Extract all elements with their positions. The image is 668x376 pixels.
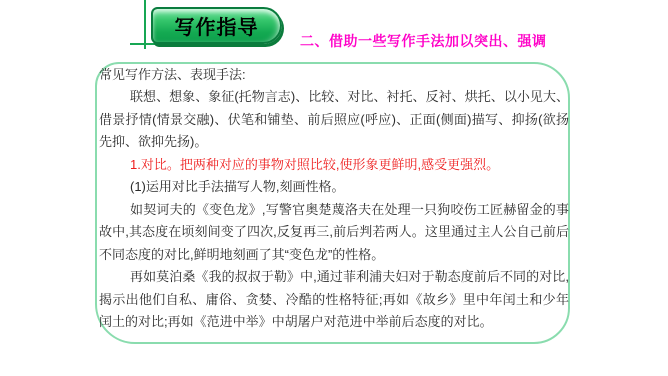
content-paragraph: 再如莫泊桑《我的叔叔于勒》中,通过菲利浦夫妇对于勒态度前后不同的对比,揭示出他们… [99, 266, 569, 333]
content-paragraph: (1)运用对比手法描写人物,刻画性格。 [99, 176, 569, 198]
content-heading: 常见写作方法、表现手法: [99, 64, 569, 86]
content-text: 常见写作方法、表现手法: 联想、想象、象征(托物言志)、比较、对比、衬托、反衬、… [99, 64, 569, 333]
title-badge-label: 写作指导 [175, 11, 259, 40]
slide-subtitle: 二、借助一些写作手法加以突出、强调 [300, 31, 547, 51]
slide: 写作指导 二、借助一些写作手法加以突出、强调 常见写作方法、表现手法: 联想、想… [0, 0, 668, 376]
title-badge: 写作指导 [151, 7, 282, 44]
content-paragraph: 联想、想象、象征(托物言志)、比较、对比、衬托、反衬、烘托、以小见大、借景抒情(… [99, 86, 569, 153]
content-paragraph-highlight: 1.对比。把两种对应的事物对照比较,使形象更鲜明,感受更强烈。 [99, 154, 569, 176]
vertical-accent-line [144, 0, 146, 49]
content-paragraph: 如契诃夫的《变色龙》,写警官奥楚蔑洛夫在处理一只狗咬伤工匠赫留金的事故中,其态度… [99, 199, 569, 266]
